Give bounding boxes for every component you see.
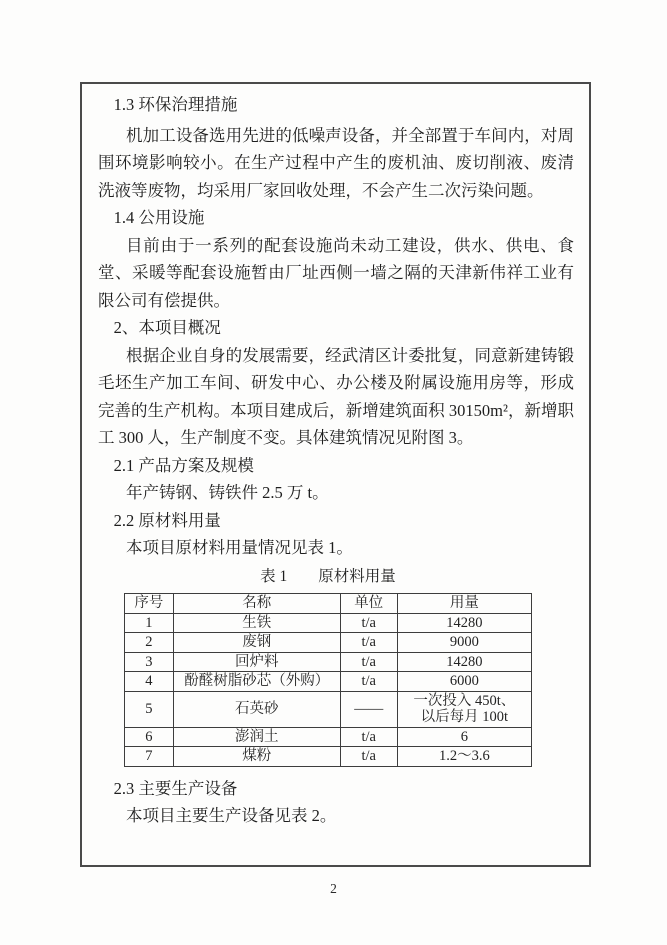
- document-page: 1.3 环保治理措施 机加工设备选用先进的低噪声设备，并全部置于车间内，对周围环…: [0, 0, 667, 945]
- section-heading-2-1: 2.1 产品方案及规模: [98, 452, 574, 480]
- cell-name: 生铁: [173, 613, 340, 633]
- table-row: 2 废钢 t/a 9000: [125, 633, 532, 653]
- table-row: 4 酚醛树脂砂芯（外购） t/a 6000: [125, 672, 532, 692]
- cell-name: 回炉料: [173, 652, 340, 672]
- cell-unit: t/a: [340, 652, 397, 672]
- cell-seq: 2: [125, 633, 174, 653]
- cell-unit: t/a: [340, 633, 397, 653]
- cell-amount: 14280: [397, 652, 531, 672]
- table-row: 7 煤粉 t/a 1.2～3.6: [125, 747, 532, 767]
- section-heading-2-2: 2.2 原材料用量: [98, 507, 574, 535]
- paragraph-2-2: 本项目原材料用量情况见表 1。: [98, 534, 574, 562]
- cell-unit: t/a: [340, 613, 397, 633]
- table1-header-unit: 单位: [340, 594, 397, 614]
- cell-seq: 3: [125, 652, 174, 672]
- table-row: 6 澎润土 t/a 6: [125, 727, 532, 747]
- cell-seq: 7: [125, 747, 174, 767]
- cell-amount: 14280: [397, 613, 531, 633]
- table1-raw-materials: 序号 名称 单位 用量 1 生铁 t/a 14280 2 废钢 t/a: [124, 593, 532, 767]
- cell-seq: 5: [125, 691, 174, 727]
- table-row: 1 生铁 t/a 14280: [125, 613, 532, 633]
- cell-name: 石英砂: [173, 691, 340, 727]
- page-content: 1.3 环保治理措施 机加工设备选用先进的低噪声设备，并全部置于车间内，对周围环…: [82, 84, 589, 865]
- cell-seq: 6: [125, 727, 174, 747]
- section-heading-1-4: 1.4 公用设施: [98, 204, 574, 232]
- cell-unit: ——: [340, 691, 397, 727]
- cell-amount: 一次投入 450t、 以后每月 100t: [397, 691, 531, 727]
- section-heading-2-3: 2.3 主要生产设备: [98, 775, 574, 803]
- page-number: 2: [0, 881, 667, 897]
- cell-unit: t/a: [340, 672, 397, 692]
- paragraph-2-1: 年产铸钢、铸铁件 2.5 万 t。: [98, 479, 574, 507]
- cell-name: 废钢: [173, 633, 340, 653]
- cell-amount: 9000: [397, 633, 531, 653]
- table1-header-name: 名称: [173, 594, 340, 614]
- paragraph-1-3: 机加工设备选用先进的低噪声设备，并全部置于车间内，对周围环境影响较小。在生产过程…: [98, 122, 574, 205]
- table-row: 5 石英砂 —— 一次投入 450t、 以后每月 100t: [125, 691, 532, 727]
- cell-seq: 4: [125, 672, 174, 692]
- cell-amount: 1.2～3.6: [397, 747, 531, 767]
- table1-caption: 表 1 原材料用量: [124, 563, 532, 591]
- section-heading-1-3: 1.3 环保治理措施: [98, 91, 574, 119]
- paragraph-2-3: 本项目主要生产设备见表 2。: [98, 802, 574, 830]
- cell-amount: 6: [397, 727, 531, 747]
- cell-seq: 1: [125, 613, 174, 633]
- paragraph-2: 根据企业自身的发展需要，经武清区计委批复，同意新建铸锻毛坯生产加工车间、研发中心…: [98, 342, 574, 452]
- table1-header-row: 序号 名称 单位 用量: [125, 594, 532, 614]
- cell-name: 澎润土: [173, 727, 340, 747]
- paragraph-1-4: 目前由于一系列的配套设施尚未动工建设，供水、供电、食堂、采暖等配套设施暂由厂址西…: [98, 232, 574, 315]
- cell-unit: t/a: [340, 727, 397, 747]
- cell-unit: t/a: [340, 747, 397, 767]
- table-row: 3 回炉料 t/a 14280: [125, 652, 532, 672]
- table1-header-seq: 序号: [125, 594, 174, 614]
- section-heading-2: 2、本项目概况: [98, 314, 574, 342]
- cell-amount: 6000: [397, 672, 531, 692]
- cell-name: 酚醛树脂砂芯（外购）: [173, 672, 340, 692]
- table1-header-amount: 用量: [397, 594, 531, 614]
- cell-name: 煤粉: [173, 747, 340, 767]
- page-border: 1.3 环保治理措施 机加工设备选用先进的低噪声设备，并全部置于车间内，对周围环…: [80, 82, 591, 867]
